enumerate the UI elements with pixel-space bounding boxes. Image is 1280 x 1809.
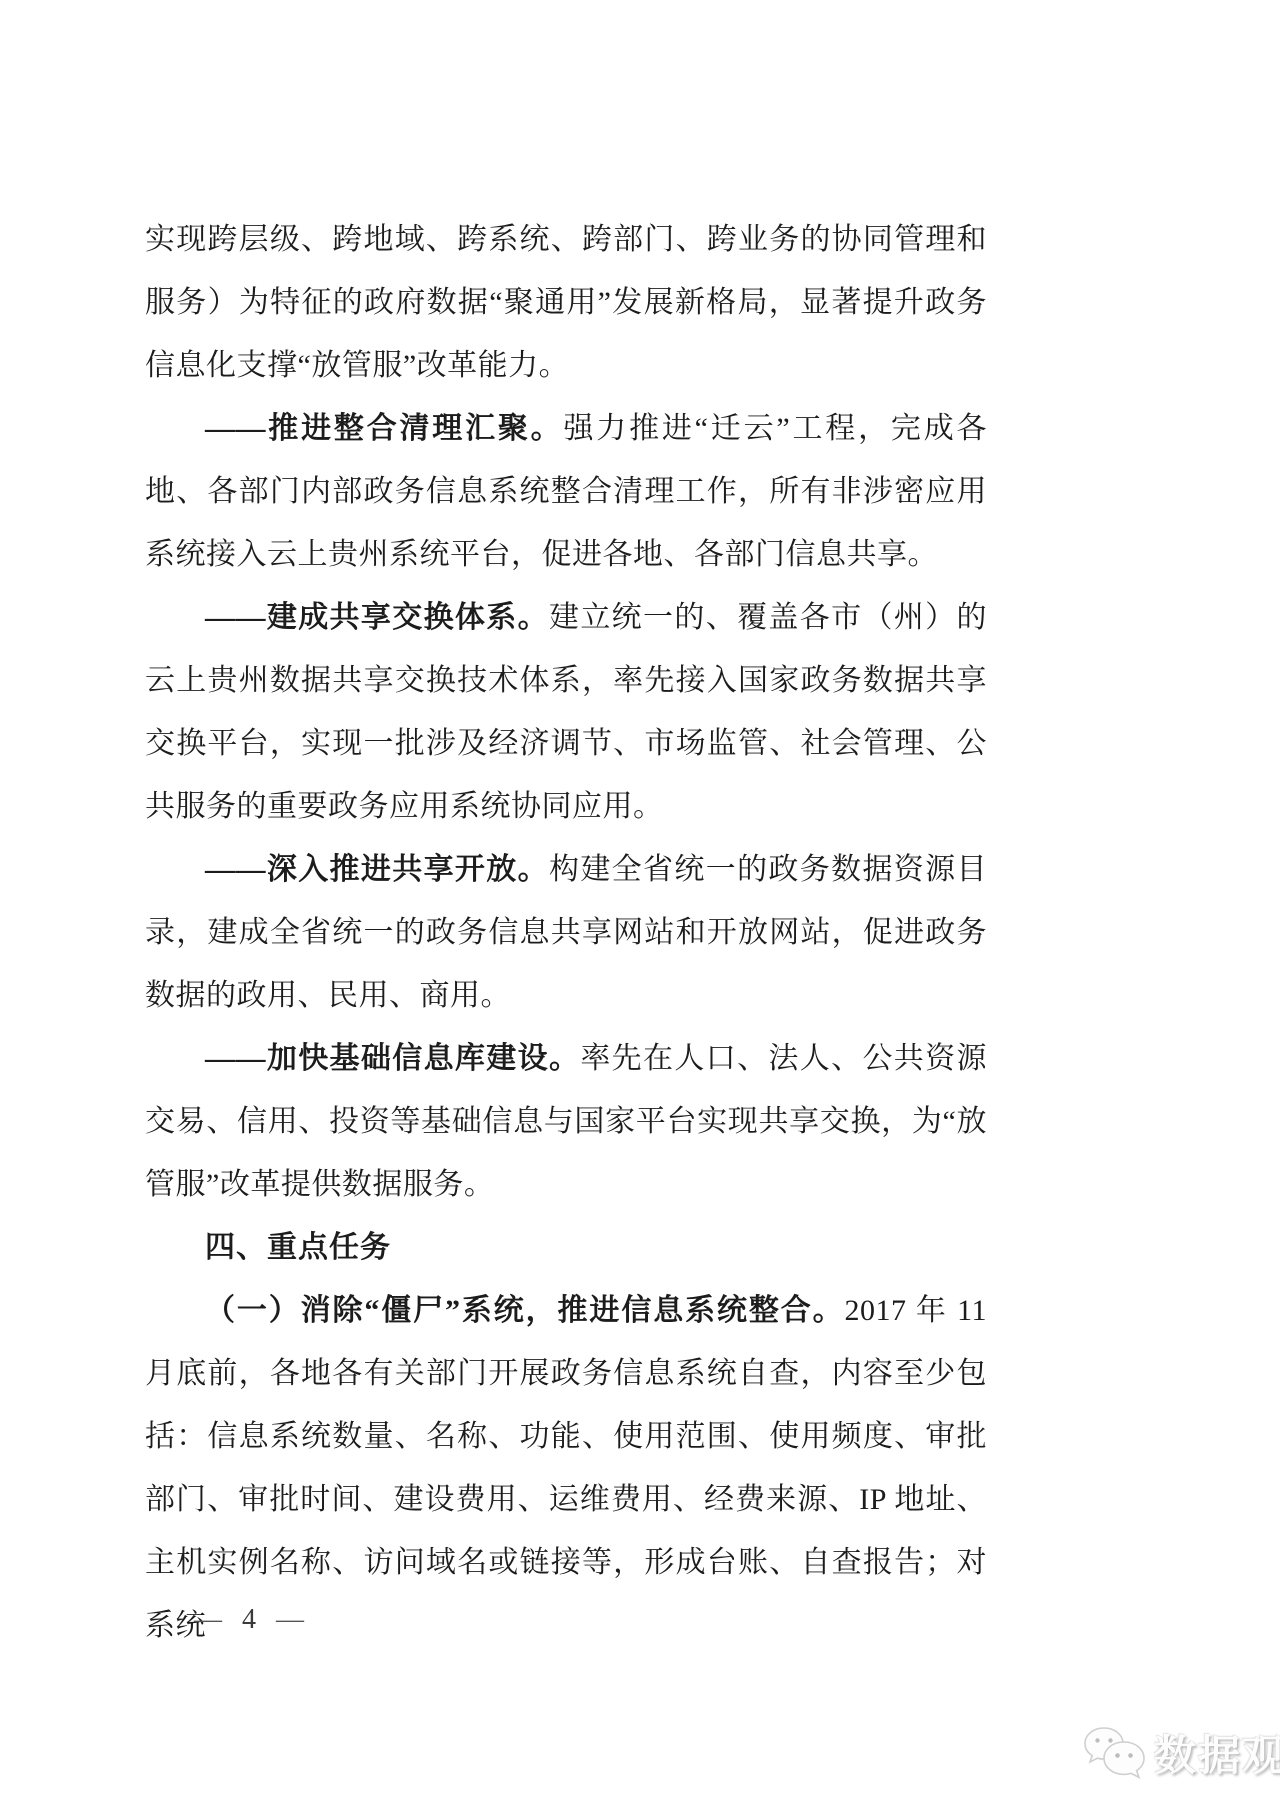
paragraph-lead: （一）消除“僵尸”系统，推进信息系统整合。 bbox=[205, 1294, 844, 1327]
wechat-icon bbox=[1082, 1722, 1146, 1784]
page-number-dash-right: — bbox=[276, 1604, 304, 1636]
paragraph-lead: ——深入推进共享开放。 bbox=[205, 853, 549, 886]
paragraph-lead: ——加快基础信息库建设。 bbox=[205, 1042, 580, 1075]
paragraph-lead: ——建成共享交换体系。 bbox=[205, 601, 549, 634]
paragraph-text: 建立统一的、覆盖各市（州）的云上贵州数据共享交换技术体系，率先接入国家政务数据共… bbox=[145, 601, 987, 823]
section-heading: 四、重点任务 bbox=[145, 1216, 987, 1279]
paragraph-dash-item: ——深入推进共享开放。构建全省统一的政务数据资源目录，建成全省统一的政务信息共享… bbox=[145, 838, 987, 1027]
paragraph-dash-item: ——推进整合清理汇聚。强力推进“迁云”工程，完成各地、各部门内部政务信息系统整合… bbox=[145, 397, 987, 586]
page-number: — 4 — bbox=[194, 1604, 304, 1636]
paragraph-task-one: （一）消除“僵尸”系统，推进信息系统整合。2017 年 11 月底前，各地各有关… bbox=[145, 1279, 987, 1657]
page-number-value: 4 bbox=[242, 1604, 256, 1636]
document-body: 实现跨层级、跨地域、跨系统、跨部门、跨业务的协同管理和服务）为特征的政府数据“聚… bbox=[145, 208, 987, 1657]
page-number-dash-left: — bbox=[194, 1604, 222, 1636]
paragraph-text: 2017 年 11 月底前，各地各有关部门开展政务信息系统自查，内容至少包括：信… bbox=[145, 1294, 987, 1642]
paragraph-text: 实现跨层级、跨地域、跨系统、跨部门、跨业务的协同管理和服务）为特征的政府数据“聚… bbox=[145, 223, 987, 382]
paragraph-dash-item: ——加快基础信息库建设。率先在人口、法人、公共资源交易、信用、投资等基础信息与国… bbox=[145, 1027, 987, 1216]
watermark: 数据观 bbox=[1082, 1722, 1280, 1784]
document-page: 实现跨层级、跨地域、跨系统、跨部门、跨业务的协同管理和服务）为特征的政府数据“聚… bbox=[0, 0, 1280, 1809]
paragraph-dash-item: ——建成共享交换体系。建立统一的、覆盖各市（州）的云上贵州数据共享交换技术体系，… bbox=[145, 586, 987, 838]
paragraph-lead: ——推进整合清理汇聚。 bbox=[205, 412, 563, 445]
watermark-label: 数据观 bbox=[1154, 1723, 1280, 1783]
paragraph-continuation: 实现跨层级、跨地域、跨系统、跨部门、跨业务的协同管理和服务）为特征的政府数据“聚… bbox=[145, 208, 987, 397]
